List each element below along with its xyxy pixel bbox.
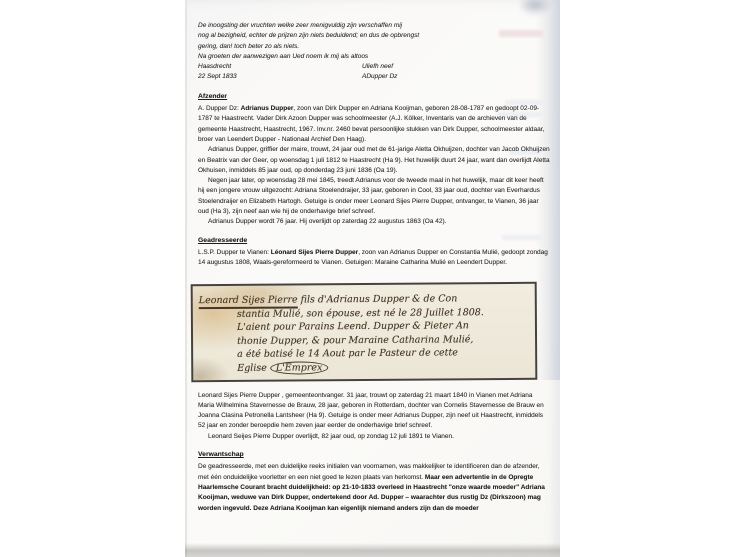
handwriting-text: Eglise — [237, 362, 270, 373]
afzender-paragraph-4: Adrianus Dupper wordt 76 jaar. Hij overl… — [198, 217, 550, 227]
section-heading-verwantschap: Verwantschap — [198, 450, 550, 460]
person-name-bold: Adrianus Dupper — [241, 105, 294, 112]
handwriting-text: fils d'Adrianus Dupper & de Con — [298, 293, 458, 305]
letter-line: Na groeten der aanwezigen aan Ued noem i… — [198, 52, 550, 62]
geadresseerde-paragraph: L.S.P. Dupper te Vianen: Léonard Sijes P… — [198, 248, 550, 269]
handwriting-underlined-name: Leonard Sijes Pierre — [199, 294, 298, 309]
letter-signoff-row: Haasdrecht Uliefh neef — [198, 62, 550, 72]
handwriting-line: stantia Mulié, son épouse, est né le 28 … — [199, 305, 529, 321]
person-name-bold: Léonard Sijes Pierre Dupper — [271, 249, 358, 256]
afzender-paragraph-1: A. Dupper Dz: Adrianus Dupper, zoon van … — [198, 104, 550, 145]
letter-signoff-row: 22 Sept 1833 ADupper Dz — [198, 72, 550, 82]
verwantschap-paragraph: De geadresseerde, met een duidelijke ree… — [198, 462, 550, 513]
paragraph-text: L.S.P. Dupper te Vianen: — [198, 249, 271, 256]
letter-line: gering, dan! toch beter zo als niets. — [198, 42, 550, 52]
document-text-column: De inoogsting der vruchten welke zeer me… — [187, 0, 560, 514]
photographed-document-page: De inoogsting der vruchten welke zeer me… — [185, 0, 560, 557]
handwriting-line: Eglise L'Emprex — [199, 359, 529, 375]
letter-date: 22 Sept 1833 — [198, 72, 362, 82]
letter-place: Haasdrecht — [198, 62, 362, 72]
page-bottom-shadow — [185, 543, 560, 557]
leonard-paragraph-1: Leonard Sijes Pierre Dupper , gemeenteon… — [198, 391, 550, 432]
paragraph-text: A. Dupper Dz: — [198, 105, 241, 112]
section-heading-geadresseerde: Geadresseerde — [198, 236, 550, 246]
leonard-paragraph-2: Leonard Seijes Pierre Dupper overlijdt, … — [198, 432, 550, 442]
letter-line: De inoogsting der vruchten welke zeer me… — [198, 21, 550, 31]
afzender-paragraph-2: Adrianus Dupper, griffier der maire, tro… — [198, 145, 550, 176]
letter-closing: Uliefh neef — [362, 62, 393, 72]
section-heading-afzender: Afzender — [198, 92, 550, 102]
letter-line: nog al bezigheid, echter de prijzen zijn… — [198, 31, 550, 41]
letter-signature: ADupper Dz — [362, 72, 397, 82]
afzender-paragraph-3: Negen jaar later, op woensdag 28 mei 184… — [198, 176, 550, 217]
handwriting-circled-signature: L'Emprex — [270, 360, 329, 373]
handwritten-baptism-register-scan: Leonard Sijes Pierre fils d'Adrianus Dup… — [191, 281, 538, 381]
letter-excerpt: De inoogsting der vruchten welke zeer me… — [198, 21, 550, 83]
